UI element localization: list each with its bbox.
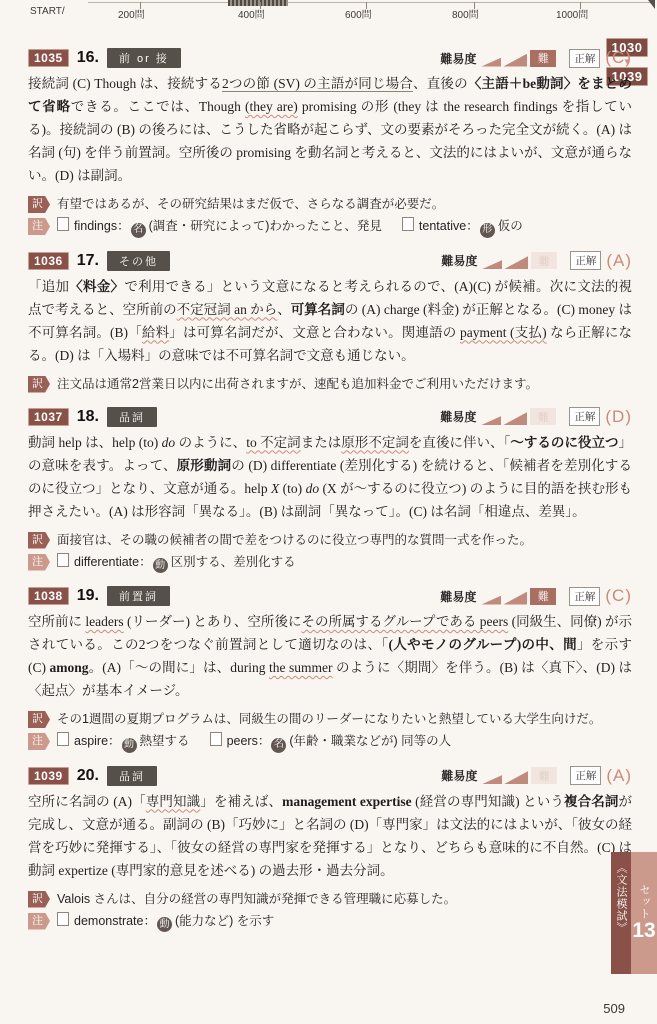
question-meta: 難易度 難 正解 (C) [440,48,632,68]
question-id-badge: 1035 [28,49,69,67]
text-segment: 空所に名詞の (A)「 [28,794,146,809]
question-block: 1039 20. 品詞 難易度 難 正解 (A) 空所に名詞の (A)「専門知識… [28,766,632,933]
notes-row: 注 differentiate：動区別する、差別化する [28,552,632,574]
difficulty-label: 難易度 [441,252,477,269]
question-number: 17. [77,252,99,270]
question-number: 16. [77,49,99,67]
note-items: aspire：動熱望するpeers：名(年齢・職業などが) 同等の人 [57,731,471,753]
note-items: findings：名(調査・研究によって)わかったこと、発見tentative：… [57,216,543,238]
difficulty-step-hard: 難 [531,252,557,269]
text-segment: 複合名詞 [564,794,619,809]
note-items: demonstrate：動(能力など) を示す [57,911,294,933]
difficulty-step-1 [481,416,501,425]
vocab-word: peers： [227,734,271,748]
checkbox-icon [57,732,69,746]
vocab-meaning: 区別する、差別化する [171,555,296,569]
difficulty-step-hard: 難 [530,50,556,67]
difficulty-label: 難易度 [441,767,477,784]
text-segment: 、 [277,302,291,317]
difficulty-step-1 [482,775,502,784]
progress-arrow-icon [648,0,655,9]
difficulty-step-1 [481,58,501,67]
set-tab: セット 13 [631,852,657,974]
progress-label-start: START/ [30,6,65,17]
vocab-note: aspire：動熱望する [57,734,190,748]
explanation-text: 「追加〈料金〉で利用できる」という文意になると考えられるので、(A)(C) が候… [28,275,632,367]
translation-text: 面接官は、その職の候補者の間で差をつけるのに役立つ専門的な質問一式を作った。 [57,530,532,550]
text-segment: 2つの節 (SV) の主語が同じ場合 [222,76,413,91]
difficulty-ramp-icon: 難 [482,252,557,269]
correct-answer-label: 正解 [569,407,600,426]
translation-text: 有望ではあるが、その研究結果はまだ仮で、さらなる調査が必要だ。 [57,194,444,214]
question-header: 1035 16. 前 or 接 難易度 難 正解 (C) [28,48,632,68]
correct-answer-label: 正解 [569,587,600,606]
question-id-badge: 1037 [28,408,69,426]
progress-label-400: 400問 [238,6,265,21]
translation-row: 訳 注文品は通常2営業日以内に出荷されますが、速配も追加料金でご利用いただけます… [28,374,632,394]
text-segment: (they are) [245,99,298,114]
question-number: 20. [77,767,99,785]
translation-icon: 訳 [28,711,50,728]
checkbox-icon [57,912,69,926]
explanation-text: 接続詞 (C) Though は、接続する2つの節 (SV) の主語が同じ場合、… [28,72,632,187]
text-segment: ～するのに役立つ [510,435,618,450]
correct-answer-label: 正解 [570,766,601,785]
part-of-speech-badge: 動 [122,738,137,753]
checkbox-icon [57,217,69,231]
correct-answer-value: (A) [606,766,632,786]
difficulty-step-1 [482,260,502,269]
part-of-speech-badge: 名 [131,223,146,238]
text-segment: 不定冠詞 an から [177,302,278,317]
text-segment: 可算名詞 [291,302,345,317]
question-block: 1038 19. 前置詞 難易度 難 正解 (C) 空所前に leaders (… [28,586,632,753]
difficulty-label: 難易度 [440,408,476,425]
difficulty-ramp-icon: 難 [481,408,556,425]
vocab-word: demonstrate： [74,914,156,928]
text-segment: その所属するグループである peers [301,614,508,629]
note-icon: 注 [28,554,50,571]
progress-line [88,2,651,3]
vocab-meaning: (調査・研究によって)わかったこと、発見 [149,219,382,233]
category-chip: 品詞 [107,407,157,427]
text-segment: 空所前に [28,614,85,629]
part-of-speech-badge: 動 [157,917,172,932]
question-id-badge: 1038 [28,587,69,605]
text-segment: payment (支払) [460,325,547,340]
difficulty-step-hard: 難 [530,588,556,605]
progress-tracker: START/ 200問 400問 600問 800問 1000問 [0,0,657,26]
difficulty-label: 難易度 [440,588,476,605]
difficulty-step-2 [503,54,527,67]
vocab-note: peers：名(年齢・職業などが) 同等の人 [210,734,452,748]
progress-label-600: 600問 [345,6,372,21]
text-segment: (to) [279,481,305,496]
difficulty-step-hard: 難 [530,408,556,425]
question-header: 1038 19. 前置詞 難易度 難 正解 (C) [28,586,632,606]
vocab-word: differentiate： [74,555,152,569]
text-segment: management expertise [282,794,411,809]
translation-icon: 訳 [28,532,50,549]
difficulty-step-2 [504,256,528,269]
progress-label-800: 800問 [452,6,479,21]
translation-icon: 訳 [28,891,50,908]
translation-text: 注文品は通常2営業日以内に出荷されますが、速配も追加料金でご利用いただけます。 [57,374,538,394]
text-segment: 給料 [142,325,169,340]
text-segment: 「追加 [28,279,69,294]
question-meta: 難易度 難 正解 (D) [440,407,632,427]
notes-row: 注 demonstrate：動(能力など) を示す [28,911,632,933]
category-chip: 前 or 接 [107,48,181,68]
translation-row: 訳 有望ではあるが、その研究結果はまだ仮で、さらなる調査が必要だ。 [28,194,632,214]
checkbox-icon [210,732,222,746]
category-chip: その他 [107,251,170,271]
correct-answer-value: (C) [605,586,632,606]
page-number: 509 [603,1001,625,1016]
explanation-text: 空所に名詞の (A)「専門知識」を補えば、management expertis… [28,790,632,882]
text-segment: 。(A)「～の間に」は、during [89,660,270,675]
explanation-text: 空所前に leaders (リーダー) とあり、空所後にその所属するグループであ… [28,610,632,702]
vocab-meaning: (年齢・職業などが) 同等の人 [289,734,451,748]
text-segment: among [50,660,89,675]
section-tab: 《文法模試》 セット 13 [611,852,657,974]
translation-row: 訳 その1週間の夏期プログラムは、同級生の間のリーダーになりたいと熱望している大… [28,709,632,729]
text-segment: do [306,481,320,496]
text-segment: のように、 [175,435,246,450]
checkbox-icon [402,217,414,231]
difficulty-ramp-icon: 難 [482,767,557,784]
question-meta: 難易度 難 正解 (A) [441,766,632,786]
text-segment: 接続詞 (C) Though は、接続する [28,76,222,91]
difficulty-step-2 [503,592,527,605]
text-segment: 」を補えば、 [200,794,282,809]
progress-label-1000: 1000問 [556,6,588,21]
question-number: 19. [77,587,99,605]
note-icon: 注 [28,218,50,235]
vocab-meaning: 熱望する [140,734,190,748]
text-segment: 」は可算名詞だが、文意と合わない。関連語の [169,325,460,340]
question-meta: 難易度 難 正解 (A) [441,251,632,271]
book-page: START/ 200問 400問 600問 800問 1000問 1030 ▼ … [0,0,657,1024]
series-tab-label: 《文法模試》 [611,852,631,974]
text-segment: 専門知識 [146,794,201,809]
explanation-text: 動詞 help は、help (to) do のように、to 不定詞または原形不… [28,431,632,523]
correct-answer-label: 正解 [570,251,601,270]
difficulty-step-2 [503,412,527,425]
text-segment: 原形不定詞 [341,435,409,450]
translation-text: Valois さんは、自分の経営の専門知識が発揮できる管理職に応募した。 [57,889,456,909]
vocab-word: tentative： [419,219,479,233]
text-segment: を直後に伴い、「 [409,435,510,450]
difficulty-step-hard: 難 [531,767,557,784]
correct-answer-value: (A) [606,251,632,271]
part-of-speech-badge: 動 [153,558,168,573]
text-segment: 、直後の [413,76,468,91]
text-segment: to 不定詞 [246,435,300,450]
text-segment: (リーダー) とあり、空所後に [124,614,302,629]
note-icon: 注 [28,733,50,750]
vocab-word: aspire： [74,734,121,748]
question-meta: 難易度 難 正解 (C) [440,586,632,606]
part-of-speech-badge: 名 [271,738,286,753]
part-of-speech-badge: 形 [480,223,495,238]
text-segment: the summer [269,660,333,675]
vocab-note: tentative：形仮の [402,219,523,233]
question-number: 18. [77,408,99,426]
difficulty-ramp-icon: 難 [481,50,556,67]
correct-answer-value: (C) [605,48,632,68]
progress-label-200: 200問 [118,6,145,21]
checkbox-icon [57,553,69,567]
translation-icon: 訳 [28,376,50,393]
text-segment: (経営の専門知識) という [412,794,564,809]
text-segment: できる。ここでは、Though [71,99,245,114]
question-block: 1037 18. 品詞 難易度 難 正解 (D) 動詞 help は、help … [28,407,632,574]
translation-row: 訳 Valois さんは、自分の経営の専門知識が発揮できる管理職に応募した。 [28,889,632,909]
set-number: 13 [632,920,655,942]
difficulty-ramp-icon: 難 [481,588,556,605]
text-segment: 原形動詞 [177,458,232,473]
note-icon: 注 [28,913,50,930]
vocab-word: findings： [74,219,130,233]
questions-list: 1035 16. 前 or 接 難易度 難 正解 (C) 接続詞 (C) Tho… [28,48,632,945]
correct-answer-value: (D) [605,407,632,427]
vocab-note: differentiate：動区別する、差別化する [57,555,296,569]
notes-row: 注 aspire：動熱望するpeers：名(年齢・職業などが) 同等の人 [28,731,632,753]
text-segment: leaders [85,614,123,629]
translation-row: 訳 面接官は、その職の候補者の間で差をつけるのに役立つ専門的な質問一式を作った。 [28,530,632,550]
category-chip: 品詞 [107,766,157,786]
text-segment: do [162,435,176,450]
question-block: 1035 16. 前 or 接 難易度 難 正解 (C) 接続詞 (C) Tho… [28,48,632,238]
difficulty-label: 難易度 [440,50,476,67]
vocab-meaning: (能力など) を示す [175,914,274,928]
question-id-badge: 1039 [28,767,69,785]
notes-row: 注 findings：名(調査・研究によって)わかったこと、発見tentativ… [28,216,632,238]
difficulty-step-1 [481,596,501,605]
question-header: 1037 18. 品詞 難易度 難 正解 (D) [28,407,632,427]
vocab-meaning: 仮の [498,219,523,233]
set-label: セット [636,884,652,920]
translation-icon: 訳 [28,196,50,213]
question-id-badge: 1036 [28,252,69,270]
correct-answer-label: 正解 [569,49,600,68]
question-block: 1036 17. その他 難易度 難 正解 (A) 「追加〈料金〉で利用できる」… [28,251,632,394]
text-segment: (人やモノのグループ)の中、間 [388,637,577,652]
note-items: differentiate：動区別する、差別化する [57,552,316,574]
question-header: 1036 17. その他 難易度 難 正解 (A) [28,251,632,271]
vocab-note: demonstrate：動(能力など) を示す [57,914,274,928]
difficulty-step-2 [504,771,528,784]
text-segment: 〈料金〉 [69,279,124,294]
question-header: 1039 20. 品詞 難易度 難 正解 (A) [28,766,632,786]
translation-text: その1週間の夏期プログラムは、同級生の間のリーダーになりたいと熱望している大学生… [57,709,601,729]
text-segment: 動詞 help は、help (to) [28,435,162,450]
vocab-note: findings：名(調査・研究によって)わかったこと、発見 [57,219,382,233]
category-chip: 前置詞 [107,586,170,606]
text-segment: または [301,435,342,450]
